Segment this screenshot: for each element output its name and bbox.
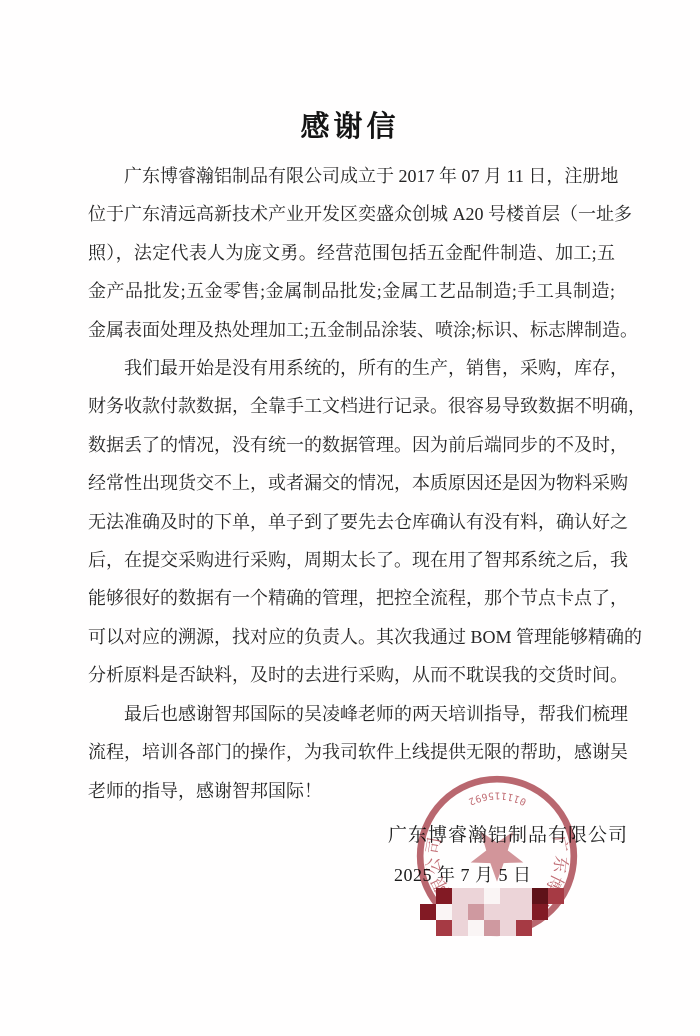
mosaic-cell: [436, 920, 452, 936]
star-icon: [471, 832, 524, 882]
text-line: 最后也感谢智邦国际的吴凌峰老师的两天培训指导，帮我们梳理: [88, 695, 615, 733]
mosaic-cell: [484, 920, 500, 936]
text-line: 无法准确及时的下单，单子到了要先去仓库确认有没有料，确认好之: [88, 503, 615, 541]
text-line: 能够很好的数据有一个精确的管理，把控全流程，那个节点卡点了，: [88, 579, 615, 617]
mosaic-cell: [500, 888, 516, 904]
text-line: 经常性出现货交不上，或者漏交的情况，本质原因还是因为物料采购: [88, 464, 615, 502]
text-line: 数据丢了的情况，没有统一的数据管理。因为前后端同步的不及时，: [88, 426, 615, 464]
mosaic-cell: [516, 888, 532, 904]
mosaic-cell: [452, 888, 468, 904]
letter-body: 广东博睿瀚铝制品有限公司成立于 2017 年 07 月 11 日，注册地 位于广…: [88, 157, 615, 810]
text-line: 可以对应的溯源，找对应的负责人。其次我通过 BOM 管理能够精确的: [88, 618, 615, 656]
letter-title: 感谢信: [0, 104, 700, 145]
mosaic-cell: [500, 904, 516, 920]
mosaic-cell: [548, 888, 564, 904]
letter-page: 感谢信 广东博睿瀚铝制品有限公司成立于 2017 年 07 月 11 日，注册地…: [0, 0, 700, 1036]
text-line: 照），法定代表人为庞文勇。经营范围包括五金配件制造、加工;五: [88, 234, 615, 272]
text-line: 金产品批发;五金零售;金属制品批发;金属工艺品制造;手工具制造;: [88, 272, 615, 310]
mosaic-cell: [516, 920, 532, 936]
mosaic-cell: [436, 888, 452, 904]
mosaic-cell: [516, 904, 532, 920]
mosaic-cell: [468, 888, 484, 904]
text-line: 广东博睿瀚铝制品有限公司成立于 2017 年 07 月 11 日，注册地: [88, 157, 615, 195]
text-line: 流程，培训各部门的操作，为我司软件上线提供无限的帮助，感谢吴: [88, 733, 615, 771]
mosaic-cell: [436, 904, 452, 920]
mosaic-cell: [532, 888, 548, 904]
mosaic-cell: [452, 920, 468, 936]
mosaic-cell: [468, 920, 484, 936]
mosaic-cell: [484, 888, 500, 904]
mosaic-cell: [420, 904, 436, 920]
mosaic-cell: [532, 904, 548, 920]
mosaic-cell: [484, 904, 500, 920]
text-line: 分析原料是否缺料，及时的去进行采购，从而不耽误我的交货时间。: [88, 656, 615, 694]
mosaic-cell: [468, 904, 484, 920]
text-line: 位于广东清远高新技术产业开发区奕盛众创城 A20 号楼首层（一址多: [88, 195, 615, 233]
text-line: 金属表面处理及热处理加工;五金制品涂装、喷涂;标识、标志牌制造。: [88, 311, 615, 349]
mosaic-cell: [452, 904, 468, 920]
text-line: 后，在提交采购进行采购，周期太长了。现在用了智邦系统之后，我: [88, 541, 615, 579]
text-line: 财务收款付款数据，全靠手工文档进行记录。很容易导致数据不明确，: [88, 387, 615, 425]
text-line: 我们最开始是没有用系统的，所有的生产，销售，采购，库存，: [88, 349, 615, 387]
mosaic-cell: [500, 920, 516, 936]
